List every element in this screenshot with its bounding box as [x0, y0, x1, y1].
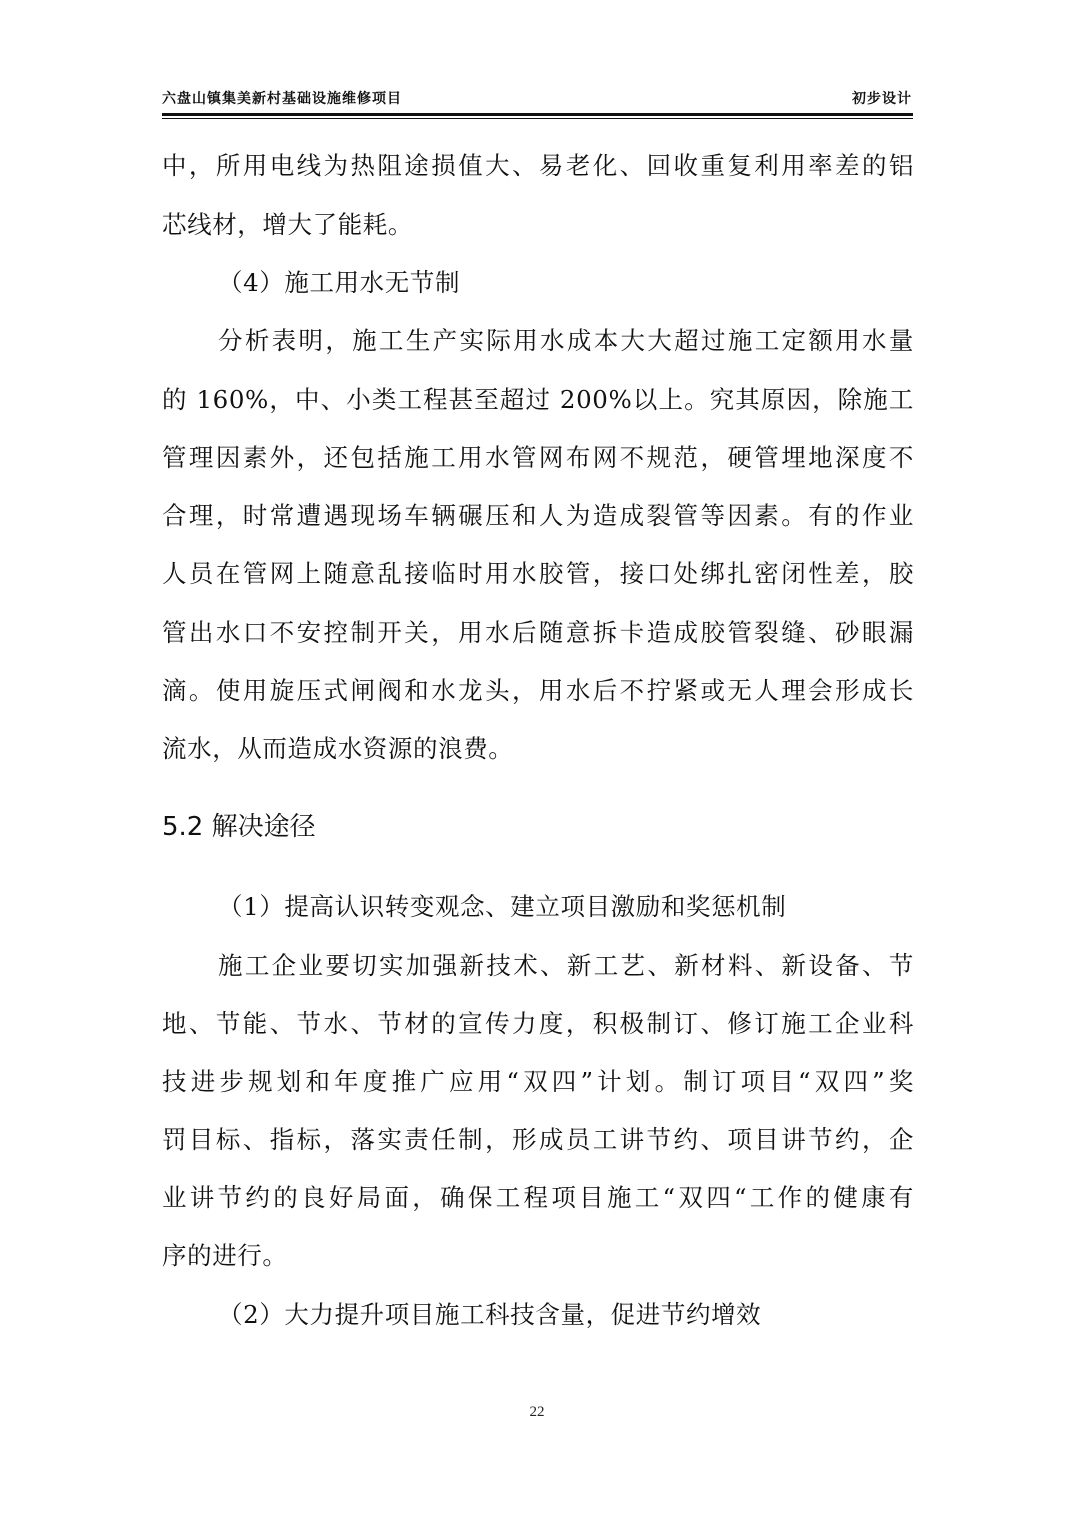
text-line: 施工企业要切实加强新技术、新工艺、新材料、新设备、节: [218, 950, 914, 982]
text-line: 合理，时常遭遇现场车辆碾压和人为造成裂管等因素。有的作业: [162, 500, 914, 532]
page-header: 六盘山镇集美新村基础设施维修项目 初步设计: [162, 88, 912, 108]
text-line: （2）大力提升项目施工科技含量，促进节约增效: [218, 1299, 914, 1331]
header-doc-stage: 初步设计: [852, 88, 912, 108]
text-line: 滴。使用旋压式闸阀和水龙头，用水后不拧紧或无人理会形成长: [162, 675, 914, 707]
text-line: 中，所用电线为热阻途损值大、易老化、回收重复利用率差的铝: [162, 150, 914, 182]
text-line: （1）提高认识转变观念、建立项目激励和奖惩机制: [218, 891, 914, 923]
text-line: 管出水口不安控制开关，用水后随意拆卡造成胶管裂缝、砂眼漏: [162, 617, 914, 649]
text-line: 分析表明，施工生产实际用水成本大大超过施工定额用水量: [218, 325, 914, 357]
text-line: 管理因素外，还包括施工用水管网布网不规范，硬管埋地深度不: [162, 442, 914, 474]
text-line: 流水，从而造成水资源的浪费。: [162, 733, 914, 765]
header-rule-thin: [162, 118, 913, 119]
text-line: 地、节能、节水、节材的宣传力度，积极制订、修订施工企业科: [162, 1008, 914, 1040]
text-line: 芯线材，增大了能耗。: [162, 209, 914, 241]
text-line: 的 160%，中、小类工程甚至超过 200%以上。究其原因，除施工: [162, 384, 914, 416]
page-number: 22: [0, 1404, 1074, 1421]
text-line: 人员在管网上随意乱接临时用水胶管，接口处绑扎密闭性差，胶: [162, 558, 914, 590]
text-line: （4）施工用水无节制: [218, 267, 914, 299]
section-heading: 5.2 解决途径: [162, 810, 316, 844]
header-project-title: 六盘山镇集美新村基础设施维修项目: [162, 88, 402, 108]
text-line: 业讲节约的良好局面，确保工程项目施工“双四“工作的健康有: [162, 1182, 914, 1214]
text-line: 技进步规划和年度推广应用“双四”计划。制订项目“双四”奖: [162, 1066, 914, 1098]
header-rule-thick: [162, 113, 913, 116]
text-line: 序的进行。: [162, 1240, 914, 1272]
text-line: 罚目标、指标，落实责任制，形成员工讲节约、项目讲节约，企: [162, 1124, 914, 1156]
